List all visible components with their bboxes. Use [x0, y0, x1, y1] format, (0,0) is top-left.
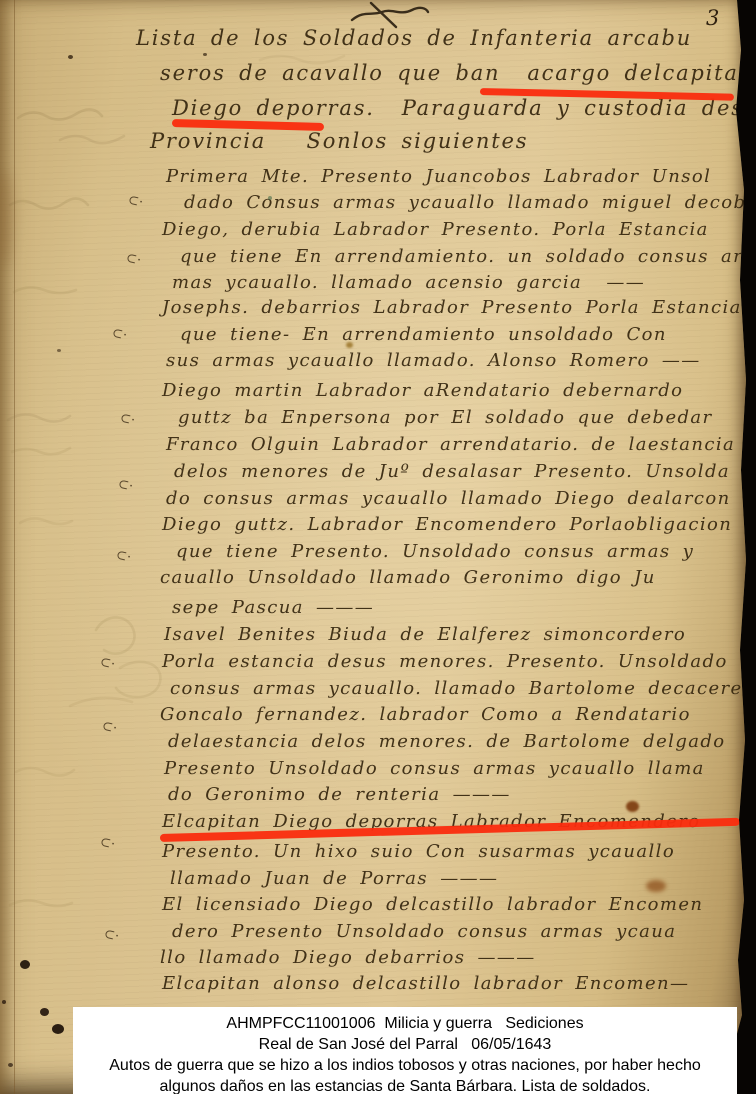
margin-check-mark: ⊂·	[117, 477, 135, 495]
manuscript-line: que tiene- En arrendamiento unsoldado Co…	[180, 324, 667, 345]
manuscript-line: Goncalo fernandez. labrador Como a Renda…	[160, 704, 691, 725]
ink-spot	[40, 1008, 49, 1016]
margin-check-mark: ⊂·	[99, 835, 117, 853]
manuscript-line: Elcapitan alonso delcastillo labrador En…	[162, 973, 689, 994]
ink-spot	[57, 349, 61, 352]
manuscript-line: Diego guttz. Labrador Encomendero Porlao…	[162, 514, 732, 535]
margin-check-mark: ⊂·	[127, 193, 145, 211]
manuscript-line: El licensiado Diego delcastillo labrador…	[162, 894, 703, 915]
caption-description-line-2: algunos daños en las estancias de Santa …	[73, 1076, 737, 1094]
manuscript-line: Provincia Sonlos siguientes	[150, 129, 528, 153]
ink-spot	[68, 55, 73, 59]
margin-check-mark: ⊂·	[125, 251, 143, 269]
manuscript-page: 3 Lista de los Soldados de Infanteria ar…	[0, 0, 749, 1094]
manuscript-line: dado Consus armas ycauallo llamado migue…	[184, 192, 756, 213]
manuscript-line: llo llamado Diego debarrios ———	[160, 947, 536, 968]
manuscript-line: que tiene Presento. Unsoldado consus arm…	[176, 541, 694, 562]
ink-spot	[203, 53, 207, 56]
manuscript-line: delaestancia delos menores. de Bartolome…	[168, 731, 726, 752]
manuscript-line: cauallo Unsoldado llamado Geronimo digo …	[160, 567, 656, 588]
caption-place-date-line: Real de San José del Parral 06/05/1643	[73, 1034, 737, 1055]
margin-check-mark: ⊂·	[115, 548, 133, 566]
manuscript-line: delos menores de Juº desalasar Presento.…	[174, 461, 730, 482]
manuscript-line: Primera Mte. Presento Juancobos Labrador…	[166, 166, 711, 187]
manuscript-line: sus armas ycauallo llamado. Alonso Romer…	[166, 350, 701, 371]
manuscript-line: do consus armas ycauallo llamado Diego d…	[166, 488, 731, 509]
manuscript-line: Lista de los Soldados de Infanteria arca…	[136, 26, 692, 50]
caption-reference-line: AHMPFCC11001006 Milicia y guerra Sedicio…	[73, 1013, 737, 1034]
margin-check-mark: ⊂·	[99, 655, 117, 673]
archive-photo: 3 Lista de los Soldados de Infanteria ar…	[0, 0, 756, 1094]
manuscript-line: Diego martin Labrador aRendatario debern…	[162, 380, 683, 401]
manuscript-line: que tiene En arrendamiento. un soldado c…	[180, 246, 743, 267]
page-gutter-shadow	[0, 0, 15, 1094]
manuscript-line: Josephs. debarrios Labrador Presento Por…	[162, 297, 742, 318]
ink-spot	[52, 1024, 64, 1034]
manuscript-line: mas ycauallo. llamado acensio garcia ——	[172, 272, 645, 293]
manuscript-line: Presento Unsoldado consus armas ycauallo…	[164, 758, 705, 779]
margin-check-mark: ⊂·	[103, 927, 121, 945]
margin-check-mark: ⊂·	[119, 411, 137, 429]
manuscript-line: Isavel Benites Biuda de Elalferez simonc…	[164, 624, 686, 645]
margin-check-mark: ⊂·	[111, 326, 129, 344]
ink-spot	[20, 960, 30, 969]
manuscript-line: guttz ba Enpersona por El soldado que de…	[178, 407, 713, 428]
manuscript-line: sepe Pascua ———	[172, 597, 374, 618]
ink-spot	[646, 880, 666, 892]
manuscript-line: Diego, derubia Labrador Presento. Porla …	[162, 219, 709, 240]
manuscript-line: do Geronimo de renteria ———	[168, 784, 511, 805]
page-number: 3	[706, 6, 719, 30]
manuscript-line: Presento. Un hixo suio Con susarmas ycau…	[162, 841, 675, 862]
manuscript-line: llamado Juan de Porras ———	[170, 868, 498, 889]
caption-description-line-1: Autos de guerra que se hizo a los indios…	[73, 1055, 737, 1076]
caption-box: AHMPFCC11001006 Milicia y guerra Sedicio…	[73, 1007, 737, 1094]
manuscript-line: Diego deporras. Paraguarda y custodia de…	[172, 96, 756, 120]
manuscript-line: consus armas ycauallo. llamado Bartolome…	[170, 678, 756, 699]
manuscript-line: Porla estancia desus menores. Presento. …	[162, 651, 728, 672]
manuscript-line: dero Presento Unsoldado consus armas yca…	[172, 921, 676, 942]
margin-check-mark: ⊂·	[101, 719, 119, 737]
manuscript-line: seros de acavallo que ban acargo delcapi…	[160, 61, 754, 85]
manuscript-line: Franco Olguin Labrador arrendatario. de …	[166, 434, 735, 455]
